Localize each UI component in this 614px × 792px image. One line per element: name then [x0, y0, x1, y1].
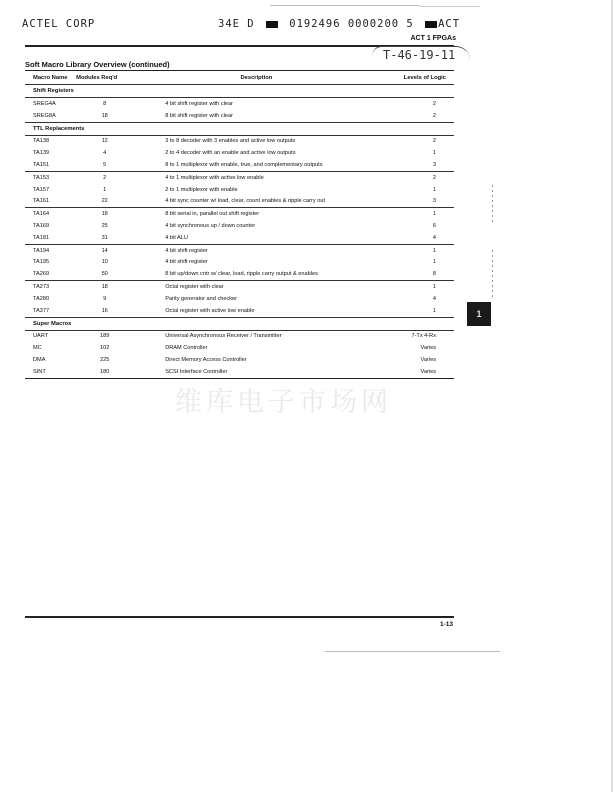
section-tag: ACT 1 FPGAs: [410, 35, 456, 42]
levels-cell: 2: [380, 135, 454, 147]
table-row: UART189Universal Asynchronous Receiver /…: [25, 330, 454, 342]
table-row: TA138123 to 8 decoder with 3 enables and…: [25, 135, 454, 147]
macro-name-cell: TA161: [25, 196, 76, 208]
table-row: TA2809Parity generator and checker4: [25, 293, 454, 305]
levels-cell: Varies: [380, 354, 454, 366]
table-row: TA15712 to 1 multiplexor with enable1: [25, 184, 454, 196]
macro-name-cell: TA194: [25, 244, 76, 256]
scan-artifact: [492, 185, 493, 225]
section-label: Super Macros: [25, 317, 454, 330]
column-header-modules: Modules Req'd: [76, 71, 133, 85]
table-header-row: Macro Name Modules Req'd Description Lev…: [25, 71, 454, 85]
description-cell: 8 to 1 multiplexor with enable, true, an…: [133, 159, 379, 171]
modules-cell: 8: [76, 98, 133, 110]
macro-name-cell: TA269: [25, 268, 76, 280]
description-cell: DRAM Controller: [133, 342, 379, 354]
description-cell: Universal Asynchronous Receiver / Transm…: [133, 330, 379, 342]
macro-name-cell: TA138: [25, 135, 76, 147]
levels-cell: 1: [380, 184, 454, 196]
scan-edge: [611, 0, 613, 792]
handwritten-stamp: T-46-19-11: [383, 48, 455, 62]
doc-code-part: ACT: [438, 18, 460, 30]
section-label: Shift Registers: [25, 85, 454, 98]
description-cell: 4 bit shift register with clear: [133, 98, 379, 110]
table-row: TA194144 bit shift register1: [25, 244, 454, 256]
column-header-description: Description: [133, 71, 379, 85]
levels-cell: 3: [380, 159, 454, 171]
page-number: 1-13: [440, 621, 453, 628]
modules-cell: 14: [76, 244, 133, 256]
modules-cell: 4: [76, 147, 133, 159]
doc-code-part: 0192496 0000200 5: [289, 18, 413, 30]
levels-cell: 2: [380, 171, 454, 183]
modules-cell: 22: [76, 196, 133, 208]
macro-name-cell: TA153: [25, 171, 76, 183]
macro-name-cell: TA151: [25, 159, 76, 171]
levels-cell: 2: [380, 110, 454, 122]
macro-name-cell: TA139: [25, 147, 76, 159]
levels-cell: 2: [380, 98, 454, 110]
table-row: TA27318Octal register with clear1: [25, 281, 454, 293]
table-row: TA37716Octal register with active low en…: [25, 305, 454, 317]
modules-cell: 9: [76, 293, 133, 305]
scan-artifact: [325, 651, 500, 652]
macro-name-cell: TA157: [25, 184, 76, 196]
section-row: TTL Replacements: [25, 122, 454, 135]
levels-cell: 8: [380, 268, 454, 280]
description-cell: SCSI Interface Controller: [133, 366, 379, 378]
modules-cell: 1: [76, 184, 133, 196]
macro-name-cell: TA280: [25, 293, 76, 305]
table-row: TA13942 to 4 decoder with an enable and …: [25, 147, 454, 159]
table-row: SREG8A188 bit shift register with clear2: [25, 110, 454, 122]
macro-name-cell: TA164: [25, 208, 76, 220]
section-label: TTL Replacements: [25, 122, 454, 135]
redaction-block-icon: [425, 21, 437, 28]
table-row: TA15158 to 1 multiplexor with enable, tr…: [25, 159, 454, 171]
description-cell: 4 to 1 multiplexor with active low enabl…: [133, 171, 379, 183]
description-cell: 8 bit up/down cntr w/ clear, load, rippl…: [133, 268, 379, 280]
modules-cell: 18: [76, 208, 133, 220]
table-row: TA169254 bit synchronous up / down count…: [25, 220, 454, 232]
modules-cell: 5: [76, 159, 133, 171]
levels-cell: 3: [380, 196, 454, 208]
levels-cell: 1: [380, 244, 454, 256]
description-cell: 3 to 8 decoder with 3 enables and active…: [133, 135, 379, 147]
macro-name-cell: SREG8A: [25, 110, 76, 122]
macro-name-cell: TA181: [25, 232, 76, 244]
footer-rule: [25, 616, 454, 618]
description-cell: 4 bit shift register: [133, 257, 379, 269]
description-cell: 4 bit shift register: [133, 244, 379, 256]
table-row: DMA225Direct Memory Access ControllerVar…: [25, 354, 454, 366]
modules-cell: 18: [76, 281, 133, 293]
levels-cell: 1: [380, 305, 454, 317]
levels-cell: 4: [380, 293, 454, 305]
levels-cell: 4: [380, 232, 454, 244]
description-cell: 2 to 1 multiplexor with enable: [133, 184, 379, 196]
levels-cell: 7-Tx 4-Rx: [380, 330, 454, 342]
levels-cell: 1: [380, 281, 454, 293]
page-title: Soft Macro Library Overview (continued): [25, 60, 170, 69]
column-header-macro-name: Macro Name: [25, 71, 76, 85]
modules-cell: 31: [76, 232, 133, 244]
macro-name-cell: TA273: [25, 281, 76, 293]
description-cell: Octal register with active low enable: [133, 305, 379, 317]
table-row: MC102DRAM ControllerVaries: [25, 342, 454, 354]
macro-name-cell: TA377: [25, 305, 76, 317]
description-cell: 8 bit shift register with clear: [133, 110, 379, 122]
table-row: TA269508 bit up/down cntr w/ clear, load…: [25, 268, 454, 280]
section-row: Super Macros: [25, 317, 454, 330]
macro-name-cell: TA169: [25, 220, 76, 232]
modules-cell: 50: [76, 268, 133, 280]
watermark: 维库电子市场网: [175, 380, 392, 419]
company-name: ACTEL CORP: [22, 18, 95, 30]
table-row: TA161224 bit sync counter w/ load, clear…: [25, 196, 454, 208]
levels-cell: 1: [380, 257, 454, 269]
modules-cell: 12: [76, 135, 133, 147]
levels-cell: Varies: [380, 366, 454, 378]
redaction-block-icon: [266, 21, 278, 28]
scan-artifact: [420, 6, 480, 7]
description-cell: 4 bit sync counter w/ load, clear, count…: [133, 196, 379, 208]
macro-table: Macro Name Modules Req'd Description Lev…: [25, 70, 454, 379]
levels-cell: 1: [380, 147, 454, 159]
document-code: 34E D 0192496 0000200 5 ACT: [218, 18, 460, 30]
column-header-levels: Levels of Logic: [380, 71, 454, 85]
table-row: TA195104 bit shift register1: [25, 257, 454, 269]
modules-cell: 225: [76, 354, 133, 366]
description-cell: 4 bit synchronous up / down counter: [133, 220, 379, 232]
description-cell: 8 bit serial in, parallel out shift regi…: [133, 208, 379, 220]
levels-cell: Varies: [380, 342, 454, 354]
macro-name-cell: UART: [25, 330, 76, 342]
levels-cell: 6: [380, 220, 454, 232]
macro-name-cell: SREG4A: [25, 98, 76, 110]
macro-name-cell: SINT: [25, 366, 76, 378]
section-thumb-tab: 1: [467, 302, 491, 326]
table-row: TA164188 bit serial in, parallel out shi…: [25, 208, 454, 220]
modules-cell: 18: [76, 110, 133, 122]
modules-cell: 10: [76, 257, 133, 269]
description-cell: Direct Memory Access Controller: [133, 354, 379, 366]
table-row: SINT180SCSI Interface ControllerVaries: [25, 366, 454, 378]
macro-name-cell: MC: [25, 342, 76, 354]
scan-artifact: [270, 5, 420, 6]
modules-cell: 180: [76, 366, 133, 378]
modules-cell: 16: [76, 305, 133, 317]
macro-name-cell: DMA: [25, 354, 76, 366]
modules-cell: 25: [76, 220, 133, 232]
macro-name-cell: TA195: [25, 257, 76, 269]
section-row: Shift Registers: [25, 85, 454, 98]
doc-code-part: 34E D: [218, 18, 255, 30]
table-row: TA15324 to 1 multiplexor with active low…: [25, 171, 454, 183]
description-cell: 4 bit ALU: [133, 232, 379, 244]
modules-cell: 2: [76, 171, 133, 183]
table-body: Shift RegistersSREG4A84 bit shift regist…: [25, 85, 454, 379]
scan-artifact: [492, 250, 493, 300]
description-cell: 2 to 4 decoder with an enable and active…: [133, 147, 379, 159]
levels-cell: 1: [380, 208, 454, 220]
description-cell: Parity generator and checker: [133, 293, 379, 305]
modules-cell: 189: [76, 330, 133, 342]
table-row: TA181314 bit ALU4: [25, 232, 454, 244]
modules-cell: 102: [76, 342, 133, 354]
table-row: SREG4A84 bit shift register with clear2: [25, 98, 454, 110]
description-cell: Octal register with clear: [133, 281, 379, 293]
